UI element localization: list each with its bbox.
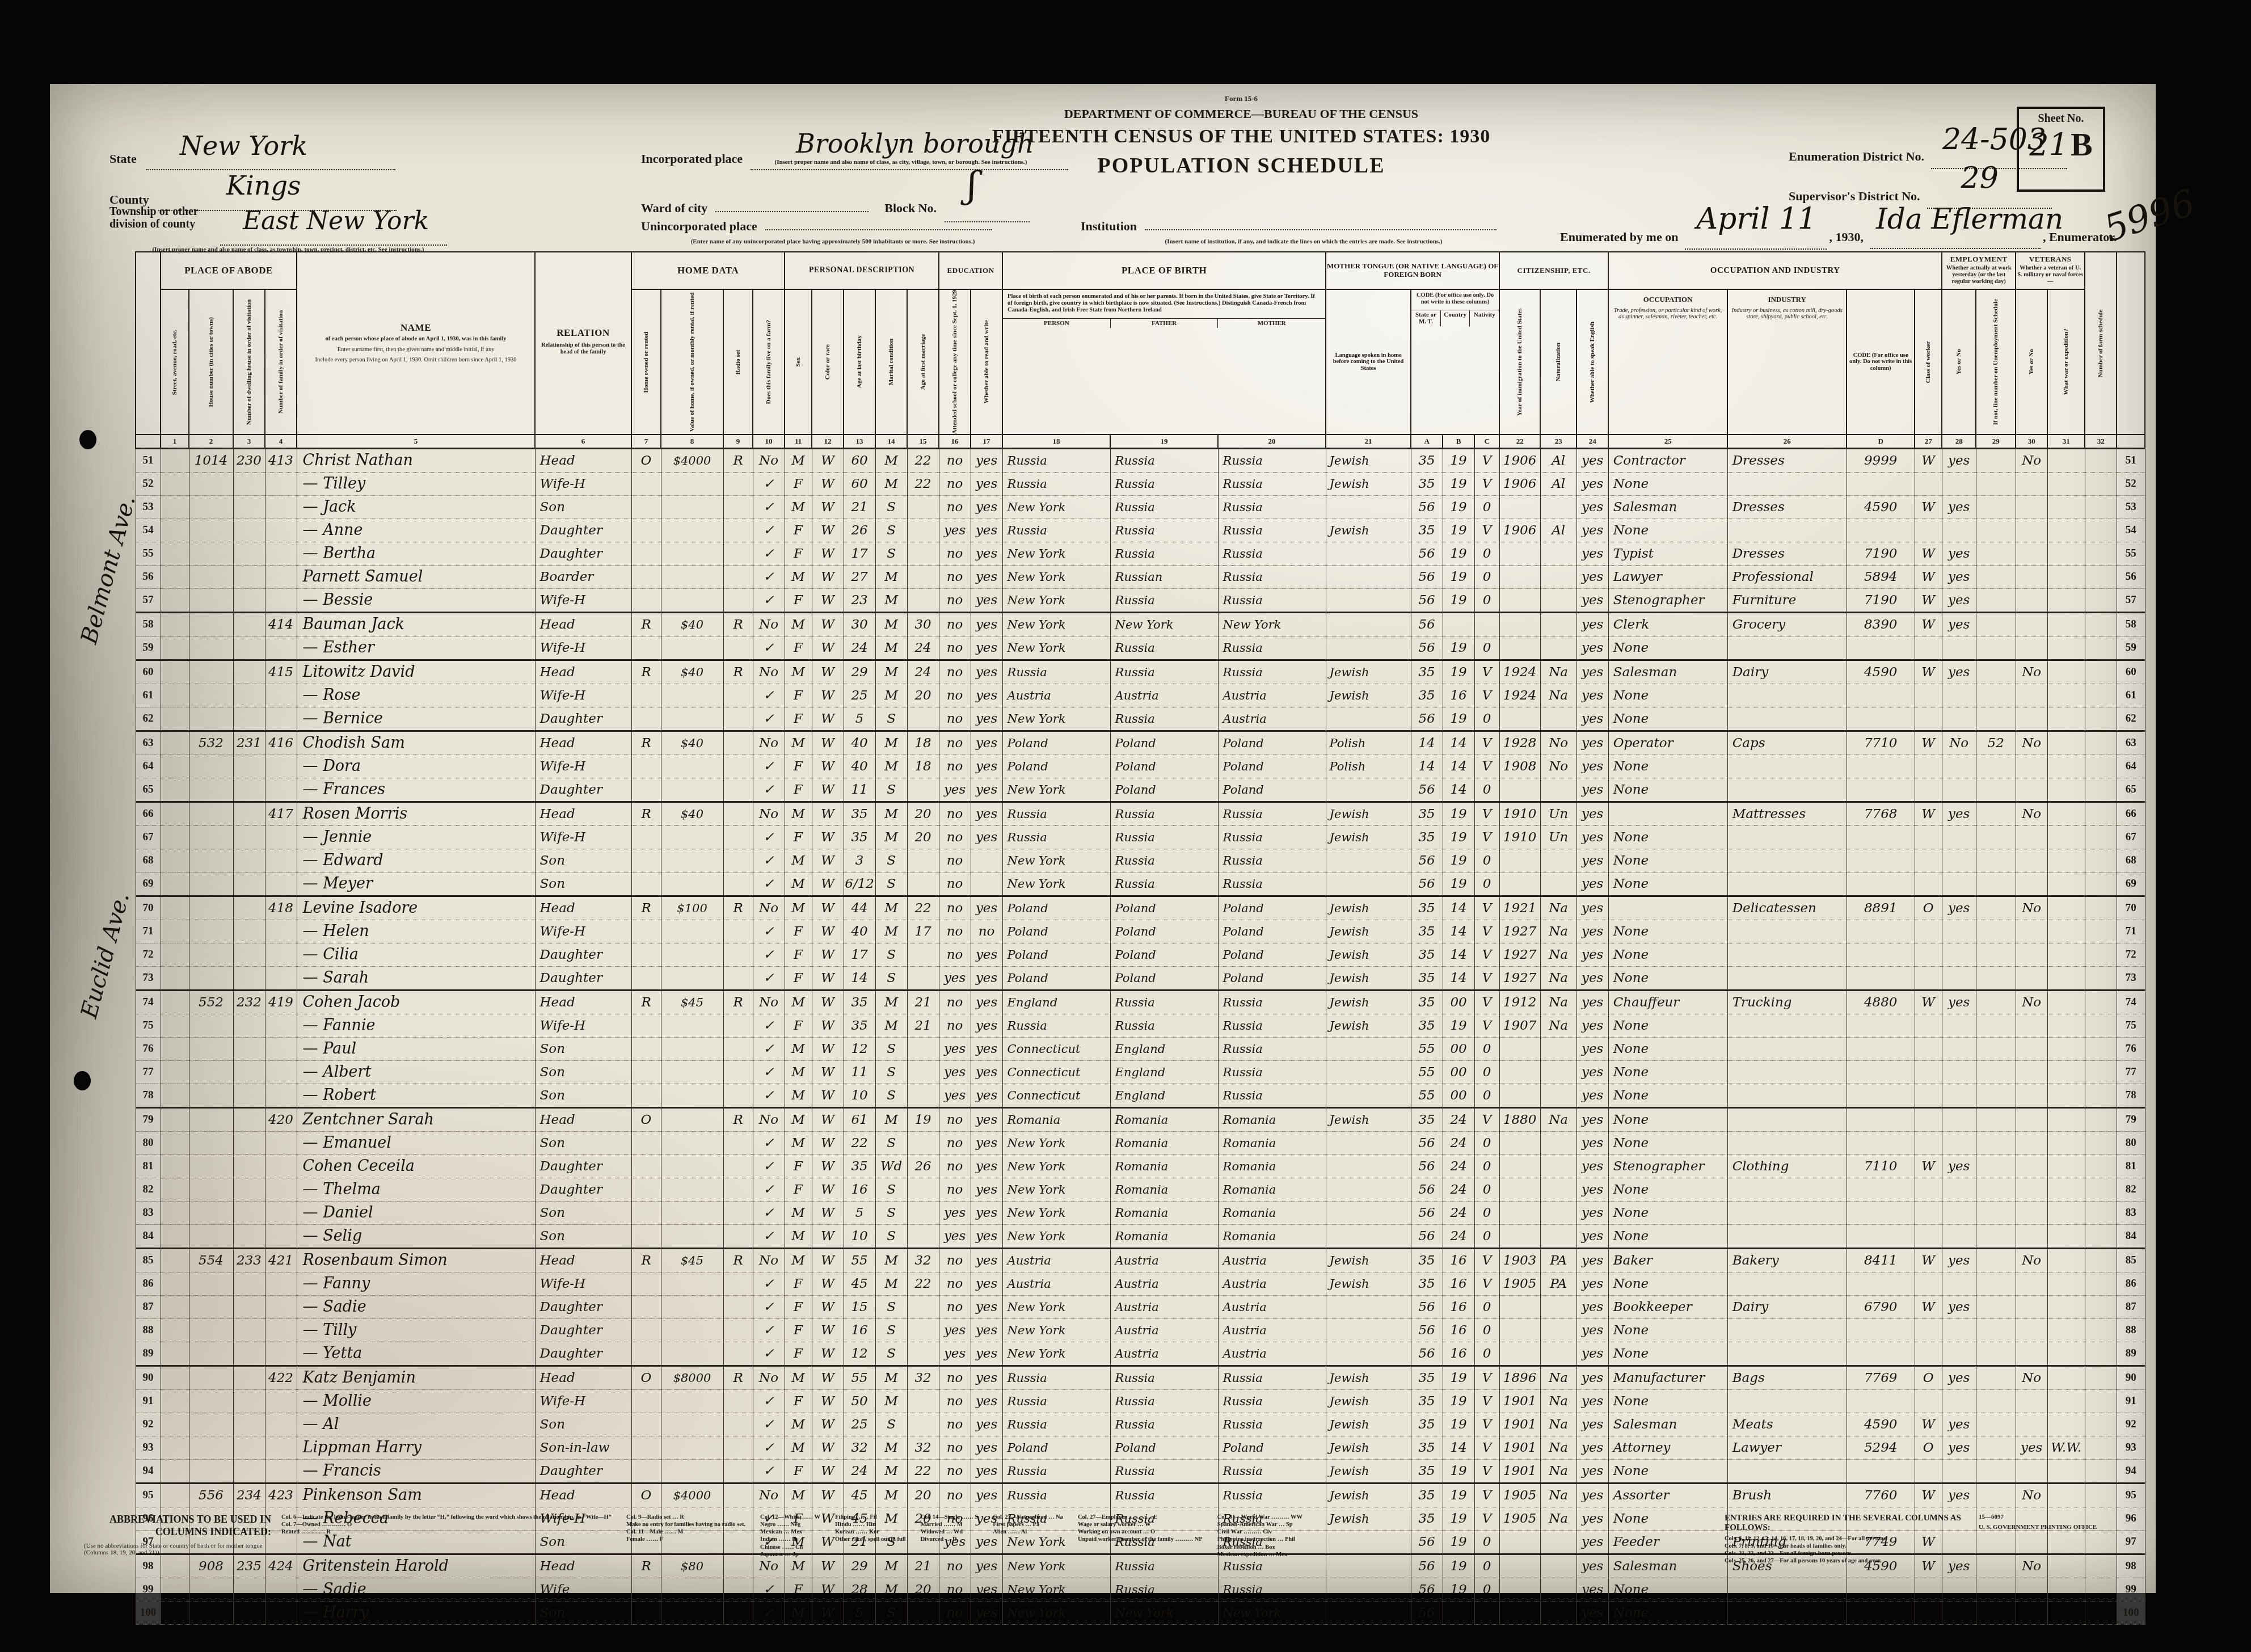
cell-pf: Austria bbox=[1110, 1248, 1218, 1272]
cell-sch: yes bbox=[939, 1060, 971, 1084]
cell-radio bbox=[723, 1060, 753, 1084]
cell-mar: S bbox=[875, 849, 907, 872]
cell-pm: Russia bbox=[1218, 1413, 1326, 1436]
table-row: 63532231416Chodish SamHeadR$40NoMW40M18n… bbox=[136, 731, 2145, 755]
cell-nat bbox=[1540, 707, 1576, 731]
cell-ln: 56 bbox=[136, 565, 161, 588]
cell-ind bbox=[1727, 472, 1847, 495]
col-number: 27 bbox=[1915, 435, 1942, 448]
cell-own bbox=[631, 1295, 661, 1318]
cell-cB: 24 bbox=[1443, 1224, 1474, 1248]
cell-imm: 1927 bbox=[1499, 966, 1540, 990]
cell-work bbox=[1942, 707, 1976, 731]
cell-code: 4590 bbox=[1847, 495, 1915, 519]
cell-occ: None bbox=[1608, 1131, 1727, 1154]
cell-age: 55 bbox=[844, 1366, 875, 1389]
cell-name: Katz Benjamin bbox=[297, 1366, 535, 1389]
cell-sch: no bbox=[939, 755, 971, 778]
cell-radio: R bbox=[723, 612, 753, 636]
cell-name: — Yetta bbox=[297, 1342, 535, 1366]
cell-name: Zentchner Sarah bbox=[297, 1107, 535, 1131]
col-number: 16 bbox=[939, 435, 971, 448]
cell-unemp bbox=[1976, 1342, 2016, 1366]
cell-val bbox=[661, 1154, 723, 1178]
cell-house bbox=[189, 778, 233, 802]
cell-sex: F bbox=[785, 943, 812, 966]
cell-work: yes bbox=[1942, 612, 1976, 636]
cell-pf: Poland bbox=[1110, 731, 1218, 755]
cell-imm: 1928 bbox=[1499, 731, 1540, 755]
cell-color: W bbox=[812, 495, 844, 519]
cell-mar: S bbox=[875, 495, 907, 519]
cell-ind bbox=[1727, 872, 1847, 896]
block-value-flourish: ʃ bbox=[967, 165, 977, 206]
cell-pp: New York bbox=[1002, 1131, 1110, 1154]
cell-val bbox=[661, 1342, 723, 1366]
employment-title: EMPLOYMENT bbox=[1942, 255, 2015, 264]
cell-age: 11 bbox=[844, 1060, 875, 1084]
cell-street bbox=[161, 1436, 189, 1459]
cell-fam bbox=[265, 1178, 297, 1201]
cell-vet bbox=[2016, 1154, 2047, 1178]
cell-war bbox=[2047, 1178, 2085, 1201]
cell-cC: V bbox=[1474, 896, 1499, 920]
cell-occ: None bbox=[1608, 636, 1727, 660]
cell-pp: New York bbox=[1002, 1224, 1110, 1248]
abbrev-note: (Use no abbreviations for State or count… bbox=[84, 1543, 271, 1556]
cell-code bbox=[1847, 778, 1915, 802]
cell-fs bbox=[2085, 1601, 2117, 1624]
cell-ind bbox=[1727, 707, 1847, 731]
cell-vet bbox=[2016, 707, 2047, 731]
cell-fs bbox=[2085, 472, 2117, 495]
cell-rel: Wife-H bbox=[535, 755, 631, 778]
cell-rel: Son bbox=[535, 1084, 631, 1107]
cell-house bbox=[189, 542, 233, 565]
cell-dwell bbox=[233, 896, 265, 920]
cell-eng: yes bbox=[1576, 1154, 1608, 1178]
cell-nat bbox=[1540, 495, 1576, 519]
cell-rel: Head bbox=[535, 448, 631, 472]
cell-cC: 0 bbox=[1474, 707, 1499, 731]
cell-work bbox=[1942, 1014, 1976, 1037]
cell-cB: 24 bbox=[1443, 1107, 1474, 1131]
cell-age: 35 bbox=[844, 1154, 875, 1178]
cell-mar: M bbox=[875, 990, 907, 1014]
cell-rel: Son bbox=[535, 872, 631, 896]
cell-dwell: 233 bbox=[233, 1248, 265, 1272]
cell-radio bbox=[723, 778, 753, 802]
cell-cC: 0 bbox=[1474, 1201, 1499, 1224]
cell-pp: New York bbox=[1002, 707, 1110, 731]
cell-own bbox=[631, 1131, 661, 1154]
cell-fam: 414 bbox=[265, 612, 297, 636]
abbrev-block: Col. 31—World War ……… WW Spanish-America… bbox=[1217, 1514, 1302, 1558]
cell-val bbox=[661, 1295, 723, 1318]
cell-code bbox=[1847, 1014, 1915, 1037]
cell-imm: 1901 bbox=[1499, 1413, 1540, 1436]
cell-house: 556 bbox=[189, 1483, 233, 1507]
cell-war bbox=[2047, 849, 2085, 872]
cell-work: yes bbox=[1942, 565, 1976, 588]
cell-nat: Na bbox=[1540, 1107, 1576, 1131]
cell-house: 1014 bbox=[189, 448, 233, 472]
cell-ln-right: 95 bbox=[2117, 1483, 2145, 1507]
cell-war bbox=[2047, 1224, 2085, 1248]
cell-code bbox=[1847, 1060, 1915, 1084]
cell-vet bbox=[2016, 1578, 2047, 1601]
cell-ln-right: 63 bbox=[2117, 731, 2145, 755]
cell-ind: Brush bbox=[1727, 1483, 1847, 1507]
cell-ln: 83 bbox=[136, 1201, 161, 1224]
cell-agem bbox=[907, 1201, 939, 1224]
cell-cC: V bbox=[1474, 519, 1499, 542]
code-abc-cell: CODE (For office use only. Do not write … bbox=[1411, 289, 1499, 435]
cell-mar: M bbox=[875, 1248, 907, 1272]
cell-dwell bbox=[233, 1366, 265, 1389]
cell-work bbox=[1942, 943, 1976, 966]
cell-sex: M bbox=[785, 1060, 812, 1084]
cell-pf: Russia bbox=[1110, 707, 1218, 731]
cell-street bbox=[161, 1342, 189, 1366]
cell-ind: Dresses bbox=[1727, 542, 1847, 565]
cell-eng: yes bbox=[1576, 684, 1608, 707]
cell-dwell bbox=[233, 1436, 265, 1459]
cell-mar: M bbox=[875, 802, 907, 825]
cell-fs bbox=[2085, 1272, 2117, 1295]
cell-ln-right: 72 bbox=[2117, 943, 2145, 966]
cell-name: Rosen Morris bbox=[297, 802, 535, 825]
cell-lang bbox=[1326, 636, 1411, 660]
cell-war bbox=[2047, 872, 2085, 896]
cell-farm: ✓ bbox=[753, 778, 785, 802]
cell-pf: England bbox=[1110, 1060, 1218, 1084]
pob-mother-label: MOTHER bbox=[1217, 319, 1325, 328]
cell-sch: no bbox=[939, 872, 971, 896]
cell-work: yes bbox=[1942, 1483, 1976, 1507]
cell-eng: yes bbox=[1576, 612, 1608, 636]
cell-color: W bbox=[812, 660, 844, 684]
col-21-header: Language spoken in home before coming to… bbox=[1326, 289, 1411, 435]
cell-name: Chodish Sam bbox=[297, 731, 535, 755]
cell-rel: Daughter bbox=[535, 1342, 631, 1366]
cell-pf: Russia bbox=[1110, 1366, 1218, 1389]
cell-house bbox=[189, 1060, 233, 1084]
cell-rel: Head bbox=[535, 1107, 631, 1131]
col-1-header: Street, avenue, road, etc. bbox=[161, 289, 189, 435]
cell-unemp bbox=[1976, 1601, 2016, 1624]
cell-mar: M bbox=[875, 448, 907, 472]
cell-color: W bbox=[812, 778, 844, 802]
cell-cC: V bbox=[1474, 1366, 1499, 1389]
cell-rel: Son bbox=[535, 495, 631, 519]
cell-eng: yes bbox=[1576, 1107, 1608, 1131]
cell-ln-right: 53 bbox=[2117, 495, 2145, 519]
cell-dwell bbox=[233, 1084, 265, 1107]
cell-cC: V bbox=[1474, 1272, 1499, 1295]
cell-cC: V bbox=[1474, 943, 1499, 966]
cell-farm: No bbox=[753, 731, 785, 755]
cell-cC: V bbox=[1474, 1389, 1499, 1413]
cell-cA: 55 bbox=[1411, 1037, 1443, 1060]
cell-dwell bbox=[233, 1060, 265, 1084]
cell-cC: V bbox=[1474, 825, 1499, 849]
incorporated-value: Brooklyn borough bbox=[796, 128, 1034, 159]
cell-eng: yes bbox=[1576, 448, 1608, 472]
cell-eng: yes bbox=[1576, 1601, 1608, 1624]
cell-house bbox=[189, 1272, 233, 1295]
cell-rw: yes bbox=[971, 1107, 1002, 1131]
cell-pm: Russia bbox=[1218, 1366, 1326, 1389]
cell-ln-right: 62 bbox=[2117, 707, 2145, 731]
cell-pm: Romania bbox=[1218, 1131, 1326, 1154]
cell-sch: no bbox=[939, 660, 971, 684]
cell-farm: ✓ bbox=[753, 636, 785, 660]
cell-radio: R bbox=[723, 1248, 753, 1272]
cell-pf: Russia bbox=[1110, 472, 1218, 495]
cell-nat: Al bbox=[1540, 472, 1576, 495]
county-label: County bbox=[109, 192, 149, 206]
cell-rel: Daughter bbox=[535, 1459, 631, 1483]
cell-own bbox=[631, 1436, 661, 1459]
cell-dwell: 231 bbox=[233, 731, 265, 755]
cell-lang: Jewish bbox=[1326, 943, 1411, 966]
cell-vet bbox=[2016, 778, 2047, 802]
col-number: 21 bbox=[1326, 435, 1411, 448]
cell-nat: Na bbox=[1540, 684, 1576, 707]
cell-vet bbox=[2016, 1318, 2047, 1342]
cell-eng: yes bbox=[1576, 1318, 1608, 1342]
cell-farm: No bbox=[753, 1248, 785, 1272]
cell-imm bbox=[1499, 1178, 1540, 1201]
cell-house: 532 bbox=[189, 731, 233, 755]
cell-war bbox=[2047, 731, 2085, 755]
cell-pf: Poland bbox=[1110, 1436, 1218, 1459]
cell-work: yes bbox=[1942, 1436, 1976, 1459]
cell-agem bbox=[907, 943, 939, 966]
cell-eng: yes bbox=[1576, 1295, 1608, 1318]
cell-vet bbox=[2016, 1178, 2047, 1201]
cell-fs bbox=[2085, 731, 2117, 755]
cell-code: 5894 bbox=[1847, 565, 1915, 588]
cell-mar: S bbox=[875, 943, 907, 966]
cell-sex: M bbox=[785, 849, 812, 872]
cell-nat: No bbox=[1540, 755, 1576, 778]
cell-ln-right: 71 bbox=[2117, 920, 2145, 943]
cell-pm: Russia bbox=[1218, 990, 1326, 1014]
cell-rel: Wife-H bbox=[535, 1389, 631, 1413]
cell-eng: yes bbox=[1576, 636, 1608, 660]
cell-fs bbox=[2085, 612, 2117, 636]
veterans-desc: Whether a veteran of U. S. military or n… bbox=[2016, 264, 2084, 286]
cell-occ: None bbox=[1608, 1178, 1727, 1201]
township-field: Township or other division of county bbox=[109, 205, 217, 230]
cell-ind: Dairy bbox=[1727, 660, 1847, 684]
cell-house bbox=[189, 495, 233, 519]
cell-imm bbox=[1499, 612, 1540, 636]
col-7-header: Home owned or rented bbox=[631, 289, 661, 435]
cell-house bbox=[189, 1178, 233, 1201]
cell-pf: Poland bbox=[1110, 920, 1218, 943]
cell-farm: ✓ bbox=[753, 565, 785, 588]
table-row: 74552232419Cohen JacobHeadR$45RNoMW35M21… bbox=[136, 990, 2145, 1014]
cell-rw: yes bbox=[971, 1060, 1002, 1084]
cell-val bbox=[661, 684, 723, 707]
cell-imm: 1901 bbox=[1499, 1389, 1540, 1413]
group-mother-tongue: MOTHER TONGUE (OR NATIVE LANGUAGE) OF FO… bbox=[1326, 252, 1499, 289]
cell-unemp bbox=[1976, 1459, 2016, 1483]
cell-ln-right: 99 bbox=[2117, 1578, 2145, 1601]
cell-unemp bbox=[1976, 1578, 2016, 1601]
col-number: 11 bbox=[785, 435, 812, 448]
cell-name: — Daniel bbox=[297, 1201, 535, 1224]
cell-nat bbox=[1540, 872, 1576, 896]
cell-pf: Russia bbox=[1110, 448, 1218, 472]
cell-imm bbox=[1499, 1084, 1540, 1107]
sheet-number-box: Sheet No. 21 B bbox=[2017, 107, 2105, 192]
cell-pm: Austria bbox=[1218, 684, 1326, 707]
cell-ind: Caps bbox=[1727, 731, 1847, 755]
cell-farm: No bbox=[753, 896, 785, 920]
cell-own bbox=[631, 565, 661, 588]
cell-nat: Na bbox=[1540, 1459, 1576, 1483]
cell-imm: 1921 bbox=[1499, 896, 1540, 920]
margin-number: 5996 bbox=[2100, 182, 2201, 251]
cell-house bbox=[189, 1578, 233, 1601]
cell-occ: Clerk bbox=[1608, 612, 1727, 636]
cell-code bbox=[1847, 1107, 1915, 1131]
cell-rw: yes bbox=[971, 684, 1002, 707]
cell-cls bbox=[1915, 472, 1942, 495]
cell-unemp bbox=[1976, 1014, 2016, 1037]
cell-name: — Sadie bbox=[297, 1295, 535, 1318]
cell-unemp bbox=[1976, 1295, 2016, 1318]
cell-imm bbox=[1499, 565, 1540, 588]
cell-rel: Daughter bbox=[535, 542, 631, 565]
cell-mar: M bbox=[875, 684, 907, 707]
cell-dwell bbox=[233, 920, 265, 943]
cell-rel: Daughter bbox=[535, 707, 631, 731]
cell-pm: Austria bbox=[1218, 1318, 1326, 1342]
cell-war bbox=[2047, 660, 2085, 684]
cell-cls bbox=[1915, 519, 1942, 542]
cell-cB: 19 bbox=[1443, 1413, 1474, 1436]
cell-val bbox=[661, 1060, 723, 1084]
cell-radio bbox=[723, 1389, 753, 1413]
cell-dwell bbox=[233, 755, 265, 778]
cell-eng: yes bbox=[1576, 731, 1608, 755]
cell-sch: no bbox=[939, 1295, 971, 1318]
cell-radio bbox=[723, 1601, 753, 1624]
cell-fam bbox=[265, 1318, 297, 1342]
cell-imm bbox=[1499, 1131, 1540, 1154]
cell-val bbox=[661, 472, 723, 495]
cell-pp: New York bbox=[1002, 1178, 1110, 1201]
cell-pp: Russia bbox=[1002, 1483, 1110, 1507]
cell-street bbox=[161, 565, 189, 588]
cell-rel: Head bbox=[535, 731, 631, 755]
cell-lang: Polish bbox=[1326, 731, 1411, 755]
cell-house bbox=[189, 472, 233, 495]
table-row: 99— SadieWife✓FW28M20noyesNew YorkRussia… bbox=[136, 1578, 2145, 1601]
cell-farm: ✓ bbox=[753, 519, 785, 542]
cell-code: 7710 bbox=[1847, 731, 1915, 755]
cell-age: 61 bbox=[844, 1107, 875, 1131]
cell-pp: New York bbox=[1002, 1154, 1110, 1178]
cell-unemp bbox=[1976, 1084, 2016, 1107]
cell-agem: 22 bbox=[907, 1272, 939, 1295]
cell-age: 17 bbox=[844, 943, 875, 966]
cell-occ: None bbox=[1608, 1272, 1727, 1295]
cell-pp: New York bbox=[1002, 542, 1110, 565]
cell-agem bbox=[907, 1084, 939, 1107]
punch-hole bbox=[79, 430, 96, 449]
cell-occ: None bbox=[1608, 1601, 1727, 1624]
cell-occ: None bbox=[1608, 755, 1727, 778]
cell-color: W bbox=[812, 825, 844, 849]
code-a-label: State or M. T. bbox=[1411, 310, 1440, 326]
group-citizenship: CITIZENSHIP, ETC. bbox=[1499, 252, 1608, 289]
institution-note: (Insert name of institution, if any, and… bbox=[1088, 238, 1519, 245]
cell-name: — Paul bbox=[297, 1037, 535, 1060]
cell-own: R bbox=[631, 612, 661, 636]
cell-eng: yes bbox=[1576, 896, 1608, 920]
cell-cC: 0 bbox=[1474, 778, 1499, 802]
cell-agem: 17 bbox=[907, 920, 939, 943]
cell-pm: Russia bbox=[1218, 1578, 1326, 1601]
cell-vet bbox=[2016, 1272, 2047, 1295]
cell-street bbox=[161, 1248, 189, 1272]
cell-war bbox=[2047, 966, 2085, 990]
cell-ind bbox=[1727, 1107, 1847, 1131]
cell-rel: Son bbox=[535, 1060, 631, 1084]
cell-vet bbox=[2016, 1084, 2047, 1107]
cell-mar: S bbox=[875, 1224, 907, 1248]
cell-cB: 19 bbox=[1443, 1459, 1474, 1483]
cell-lang: Jewish bbox=[1326, 1107, 1411, 1131]
cell-dwell bbox=[233, 1131, 265, 1154]
cell-cC: 0 bbox=[1474, 1578, 1499, 1601]
cell-vet bbox=[2016, 1037, 2047, 1060]
cell-mar: M bbox=[875, 920, 907, 943]
abbreviations-legend: ABBREVIATIONS TO BE USED IN COLUMNS INDI… bbox=[84, 1514, 2126, 1565]
cell-sex: F bbox=[785, 684, 812, 707]
cell-vet bbox=[2016, 495, 2047, 519]
cell-own: O bbox=[631, 1107, 661, 1131]
cell-radio: R bbox=[723, 448, 753, 472]
cell-dwell bbox=[233, 472, 265, 495]
cell-cA: 56 bbox=[1411, 872, 1443, 896]
cell-cC: 0 bbox=[1474, 849, 1499, 872]
cell-pf: Russia bbox=[1110, 802, 1218, 825]
cell-pf: Poland bbox=[1110, 966, 1218, 990]
cell-mar: M bbox=[875, 825, 907, 849]
cell-sex: M bbox=[785, 1084, 812, 1107]
cell-sex: M bbox=[785, 990, 812, 1014]
cell-fs bbox=[2085, 1014, 2117, 1037]
cell-farm: ✓ bbox=[753, 1578, 785, 1601]
cell-vet: No bbox=[2016, 802, 2047, 825]
cell-rw: yes bbox=[971, 731, 1002, 755]
cell-age: 6/12 bbox=[844, 872, 875, 896]
cell-occ: Salesman bbox=[1608, 1413, 1727, 1436]
cell-radio bbox=[723, 849, 753, 872]
pob-desc: Place of birth of each person enumerated… bbox=[1003, 290, 1325, 317]
cell-occ: None bbox=[1608, 943, 1727, 966]
cell-pp: Poland bbox=[1002, 755, 1110, 778]
cell-sex: F bbox=[785, 1295, 812, 1318]
cell-work: yes bbox=[1942, 802, 1976, 825]
